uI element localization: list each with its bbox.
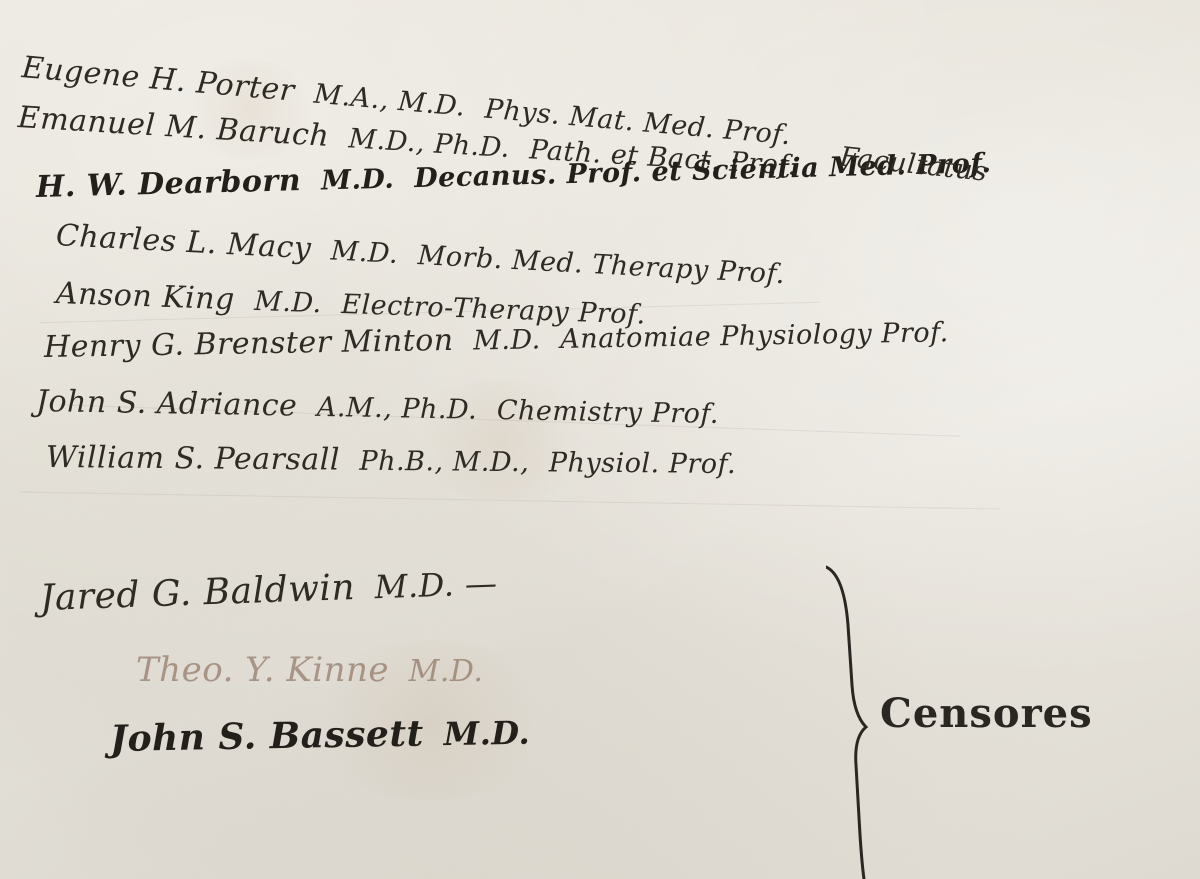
- censores-label: Censores: [880, 690, 1093, 737]
- censor-credentials: M.D.: [443, 714, 530, 754]
- censor-credentials: M.D. —: [374, 564, 498, 606]
- signatory-credentials: M.D.: [254, 286, 323, 319]
- signatory-name: H. W. Dearborn: [36, 163, 302, 205]
- signatory-credentials: Ph.B., M.D.,: [359, 446, 529, 478]
- signatory-name: William S. Pearsall: [46, 440, 340, 478]
- signatory-credentials: M.D.: [330, 235, 399, 269]
- censor-name: John S. Bassett: [110, 713, 424, 760]
- curly-brace-icon: [826, 565, 872, 879]
- censor-credentials: M.D.: [409, 654, 484, 689]
- censor-signature: Theo. Y. Kinne M.D.: [136, 650, 483, 690]
- signatory-name: Henry G. Brenster Minton: [44, 323, 454, 365]
- signatory-name: John S. Adriance: [36, 384, 298, 424]
- signatory-credentials: M.D.: [473, 324, 541, 356]
- signatory-credentials: A.M., Ph.D.: [317, 392, 478, 426]
- signatory-title: Physiol. Prof.: [549, 447, 737, 480]
- signatory-credentials: M.D.: [321, 164, 395, 197]
- signatory-title: Chemistry Prof.: [497, 395, 720, 430]
- censor-signature: John S. Bassett M.D.: [110, 711, 531, 760]
- censor-name: Theo. Y. Kinne: [136, 650, 389, 690]
- signatory-title: Anatomiae Physiology Prof.: [560, 317, 949, 355]
- faculty-signature: William S. Pearsall Ph.B., M.D., Physiol…: [46, 440, 736, 481]
- signatory-name: Anson King: [55, 276, 235, 317]
